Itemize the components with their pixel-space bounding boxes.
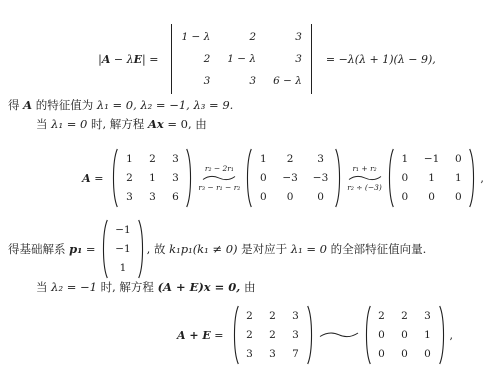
text-corresponds-to: 是对应于 (238, 242, 291, 256)
matrix-cell: 2 (125, 169, 133, 188)
matrix-left-paren-icon (111, 148, 118, 208)
ae-lhs: A + E = (177, 329, 224, 342)
matrix-cell: 0 (378, 345, 386, 364)
basis-rhs-text: , 故 k₁p₁(k₁ ≠ 0) 是对应于 λ₁ = 0 的全部特征值向量. (147, 241, 427, 257)
row-operation-1: r₂ − 2r₁ r₃ − r₁ − r₂ (198, 164, 240, 192)
matrix-cell: 0 (313, 188, 328, 207)
det-cell: 1 − λ (181, 26, 210, 48)
text-basis-system: 得基础解系 (8, 242, 69, 256)
matrix-right-paren-icon (335, 148, 342, 208)
matrix-left-paren-icon (245, 148, 252, 208)
matrix-cell: −1 (424, 150, 439, 169)
text-solve-equation: 时, 解方程 (97, 280, 158, 294)
matrix-cell: 0 (424, 188, 439, 207)
row-op-top-label: r₁ + r₂ (352, 164, 376, 173)
matrix-A: 1 2 3 2 1 3 3 3 6 (111, 148, 193, 208)
matrix-cell: 1 (424, 169, 439, 188)
matrix-cell: 2 (246, 307, 254, 326)
matrix-cell: 6 (171, 188, 179, 207)
determinant-grid: 1 − λ 2 3 2 1 − λ 3 3 3 6 − λ (171, 24, 311, 94)
matrix-cell: 1 (125, 150, 133, 169)
matrix-cell: 3 (292, 326, 300, 345)
matrix-cell: 0 (401, 169, 409, 188)
eigenvalue-list: λ₁ = 0, λ₂ = −1, λ₃ = 9. (97, 98, 233, 112)
Ax-symbol: Ax (148, 117, 164, 131)
row-op-bottom-label: r₃ − r₁ − r₂ (198, 183, 240, 192)
matrix-cell: 0 (259, 188, 267, 207)
row-equivalence-squiggle-icon (319, 330, 359, 340)
matrix-cell: 3 (246, 345, 254, 364)
text-therefore: , 故 (147, 242, 169, 256)
text-from: 由 (192, 117, 207, 131)
text-solve-equation: 时, 解方程 (87, 117, 148, 131)
matrix-right-paren-icon (439, 305, 446, 365)
basis-lhs-text: 得基础解系 p₁ = (8, 241, 99, 257)
p1-symbol: p₁ (69, 242, 82, 256)
det-cell: 3 (181, 70, 210, 92)
matrix-cell: 1 (259, 150, 267, 169)
matrix-cell: 2 (282, 150, 297, 169)
row-equivalence-squiggle-icon (202, 174, 236, 182)
matrix-cell: 2 (246, 326, 254, 345)
row-operation-2: r₁ + r₂ r₂ ÷ (−3) (347, 164, 382, 192)
text-from: 由 (240, 280, 255, 294)
matrix-cell: 2 (378, 307, 386, 326)
vector-cell: −1 (115, 221, 130, 240)
matrix-A-symbol: A (23, 98, 32, 112)
equation-row-reduction: A = 1 2 3 2 1 3 3 3 6 r₂ − 2r₁ r₃ − r₁ −… (34, 141, 498, 215)
matrix-cell: 0 (401, 188, 409, 207)
matrix-left-paren-icon (101, 219, 108, 279)
matrix-left-paren-icon (364, 305, 371, 365)
matrix-cell: 3 (171, 169, 179, 188)
math-document-page: |A − λE| = 1 − λ 2 3 2 1 − λ 3 3 3 6 − λ… (0, 0, 498, 375)
equation-A-plus-E-reduction: A + E = 2 2 3 2 2 3 3 3 7 2 2 3 0 (66, 301, 498, 369)
text-de: 得 (8, 98, 23, 112)
matrix-right-paren-icon (138, 219, 145, 279)
matrix-cell: 0 (454, 188, 462, 207)
det-cell: 6 − λ (273, 70, 302, 92)
matrix-cell: 3 (292, 307, 300, 326)
det-cell: 2 (181, 48, 210, 70)
matrix-cell: 0 (401, 326, 409, 345)
determinant: 1 − λ 2 3 2 1 − λ 3 3 3 6 − λ (171, 24, 311, 94)
matrix-cell: 3 (424, 307, 432, 326)
basis-solution-statement: 得基础解系 p₁ = −1 −1 1 , 故 k₁p₁(k₁ ≠ 0) 是对应于… (8, 217, 498, 281)
lambda1-equals-0: λ₁ = 0 (51, 117, 87, 131)
matrix-cell: −3 (282, 169, 297, 188)
vector-cell: −1 (115, 240, 130, 259)
trailing-comma: , (480, 172, 484, 185)
det-cell: 3 (273, 26, 302, 48)
matrix-cell: 0 (424, 345, 432, 364)
text-all-eigenvectors: 的全部特征值向量. (327, 242, 426, 256)
matrix-A-plus-E: 2 2 3 2 2 3 3 3 7 (232, 305, 314, 365)
equals-sign: = (91, 172, 104, 185)
matrix-cell: 3 (148, 188, 156, 207)
row-op-bottom-label: r₂ ÷ (−3) (347, 183, 382, 192)
lambda2-equals-minus1: λ₂ = −1 (51, 280, 97, 294)
abs-bar-close: | = (142, 53, 158, 66)
matrix-cell: 3 (269, 345, 277, 364)
matrix-cell: 0 (378, 326, 386, 345)
matrix-right-paren-icon (307, 305, 314, 365)
matrix-A-symbol: A (82, 172, 91, 185)
matrix-right-paren-icon (186, 148, 193, 208)
matrix-grid: 1 −1 0 0 1 1 0 0 0 (394, 150, 469, 207)
det-equation-rhs: = −λ(λ + 1)(λ − 9), (326, 53, 436, 66)
minus-lambda: − λ (110, 53, 133, 66)
lambda1-equals-0: λ₁ = 0 (291, 242, 327, 256)
matrix-left-paren-icon (387, 148, 394, 208)
text-eigenvalues-are: 的特征值为 (32, 98, 97, 112)
matrix-cell: −3 (313, 169, 328, 188)
matrix-grid: 1 2 3 2 1 3 3 3 6 (118, 150, 186, 207)
det-cell: 1 − λ (227, 48, 256, 70)
det-equation-lhs: |A − λE| = (98, 53, 158, 66)
matrix-step1: 1 2 3 0 −3 −3 0 0 0 (245, 148, 342, 208)
text-when: 当 (36, 280, 51, 294)
det-cell: 3 (227, 70, 256, 92)
solve-lambda2-statement: 当 λ₂ = −1 时, 解方程 (A + E)x = 0, 由 (8, 280, 498, 295)
equation-characteristic-determinant: |A − λE| = 1 − λ 2 3 2 1 − λ 3 3 3 6 − λ… (18, 22, 498, 96)
matrix-cell: 0 (259, 169, 267, 188)
det-cell: 2 (227, 26, 256, 48)
matrix-left-paren-icon (232, 305, 239, 365)
matrix-cell: 3 (313, 150, 328, 169)
vector-p1: −1 −1 1 (101, 219, 144, 279)
equals-sign: = (82, 242, 99, 256)
matrix-cell: 1 (424, 326, 432, 345)
matrix-cell: 3 (171, 150, 179, 169)
matrix-reduced: 1 −1 0 0 1 1 0 0 0 (387, 148, 476, 208)
reduce-lhs: A = (82, 172, 103, 185)
k1p1-expression: k₁p₁(k₁ ≠ 0) (169, 242, 237, 256)
matrix-grid: 2 2 3 2 2 3 3 3 7 (239, 307, 307, 364)
matrix-cell: 7 (292, 345, 300, 364)
row-op-top-label: r₂ − 2r₁ (205, 164, 234, 173)
equals-zero: = 0, (164, 117, 192, 131)
matrix-A-plus-E-reduced: 2 2 3 0 0 1 0 0 0 (364, 305, 446, 365)
row-equivalence-squiggle-icon (348, 174, 382, 182)
trailing-comma: , (450, 329, 454, 342)
text-when: 当 (36, 117, 51, 131)
matrix-cell: 0 (282, 188, 297, 207)
matrix-right-paren-icon (469, 148, 476, 208)
matrix-cell: 1 (148, 169, 156, 188)
matrix-cell: 2 (269, 307, 277, 326)
matrix-E-symbol: E (134, 53, 142, 66)
eigenvalues-statement: 得 A 的特征值为 λ₁ = 0, λ₂ = −1, λ₃ = 9. (8, 98, 498, 113)
matrix-cell: 1 (401, 150, 409, 169)
matrix-cell: 0 (454, 150, 462, 169)
det-cell: 3 (273, 48, 302, 70)
matrix-grid: 1 2 3 0 −3 −3 0 0 0 (252, 150, 335, 207)
A-plus-E-symbol: A + E (177, 329, 211, 342)
matrix-cell: 2 (148, 150, 156, 169)
vector-cell: 1 (115, 259, 130, 278)
matrix-grid: 2 2 3 0 0 1 0 0 0 (371, 307, 439, 364)
matrix-cell: 2 (269, 326, 277, 345)
matrix-cell: 3 (125, 188, 133, 207)
A-plus-E-x-equation: (A + E)x = 0, (158, 280, 241, 294)
matrix-cell: 1 (454, 169, 462, 188)
vector-grid: −1 −1 1 (108, 221, 137, 278)
matrix-cell: 2 (401, 307, 409, 326)
equals-sign: = (211, 329, 224, 342)
matrix-cell: 0 (401, 345, 409, 364)
solve-lambda1-statement: 当 λ₁ = 0 时, 解方程 Ax = 0, 由 (8, 117, 498, 132)
